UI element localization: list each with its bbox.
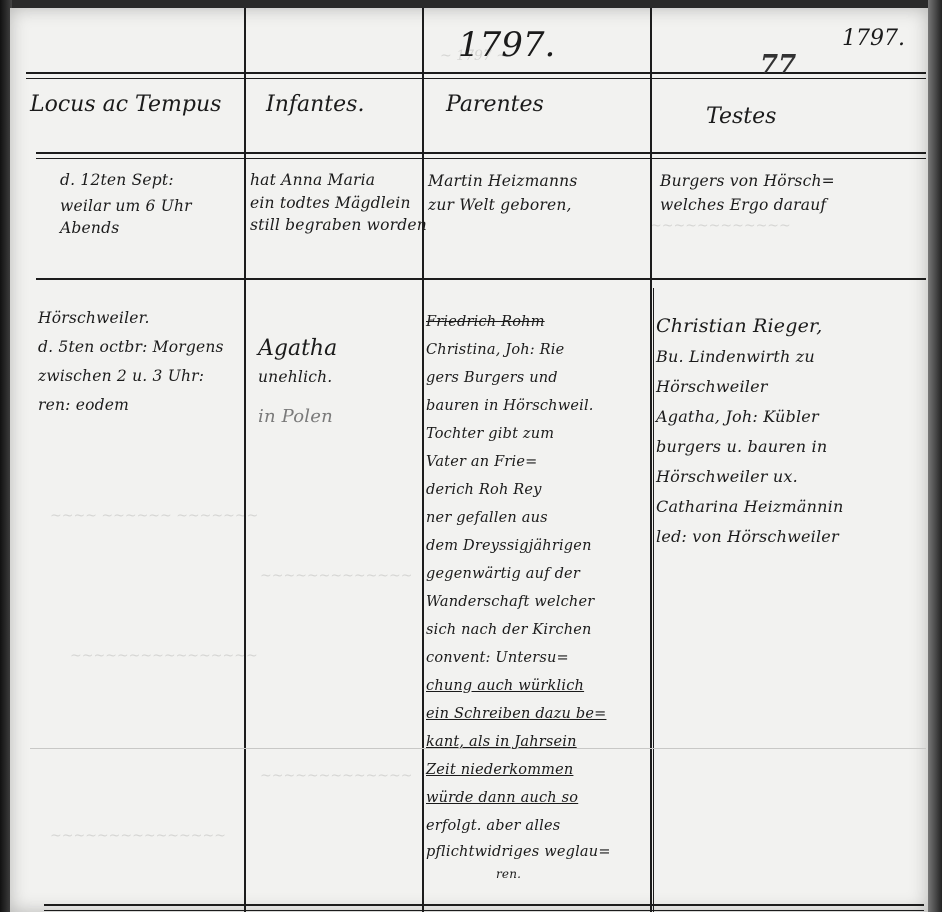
- register-page: ~ 1797 ~ ~~~~~~~~~~~~ ~~~~ ~~~~~~ ~~~~~~…: [10, 8, 928, 912]
- folio-mark: 77: [760, 52, 796, 78]
- year-header: 1797.: [458, 28, 555, 62]
- column-rule: [650, 8, 652, 912]
- column-rule: [244, 8, 246, 912]
- row-rule: [36, 152, 926, 159]
- entry-1-infantes: hat Anna Maria ein todtes Mägdlein still…: [250, 168, 427, 236]
- later-annotation: in Polen: [258, 408, 337, 426]
- entry-2-parentes: Friedrich Rohm Christina, Joh: Rie gers …: [426, 308, 611, 884]
- column-header-parentes: Parentes: [446, 94, 544, 116]
- bleed-through-text: ~~~~~~~~~~~~~: [260, 568, 413, 584]
- legitimacy-note: unehlich.: [258, 370, 337, 408]
- column-header-locus: Locus ac Tempus: [30, 94, 221, 116]
- scan-right-edge: [928, 0, 942, 912]
- row-rule: [36, 278, 926, 280]
- column-rule: [422, 8, 424, 912]
- entry-2-infantes: Agatha unehlich. in Polen: [258, 338, 337, 426]
- entry-2-locus: Hörschweiler. d. 5ten octbr: Morgens zwi…: [38, 304, 224, 420]
- column-header-testes: Testes: [706, 106, 776, 128]
- entry-1-testes: Burgers von Hörsch= welches Ergo darauf: [660, 168, 835, 216]
- entry-1-parentes: Martin Heizmanns zur Welt geboren,: [428, 168, 578, 216]
- infant-name: Agatha: [258, 338, 337, 370]
- bleed-through-text: ~~~~~~~~~~~~~~~: [50, 828, 226, 844]
- entry-1-locus: d. 12ten Sept: weilar um 6 Uhr Abends: [60, 166, 192, 239]
- column-rule: [653, 288, 654, 912]
- entry-2-testes: Christian Rieger, Bu. Lindenwirth zu Hör…: [656, 310, 843, 552]
- bleed-through-text: ~~~~~~~~~~~~: [650, 218, 791, 234]
- column-header-infantes: Infantes.: [266, 94, 364, 116]
- bleed-through-text: ~~~~ ~~~~~~ ~~~~~~~: [50, 508, 258, 524]
- bleed-through-text: ~~~~~~~~~~~~~~~~: [70, 648, 258, 664]
- bottom-rule: [44, 904, 924, 911]
- corner-year: 1797.: [842, 28, 905, 50]
- bleed-through-text: ~~~~~~~~~~~~~: [260, 768, 413, 784]
